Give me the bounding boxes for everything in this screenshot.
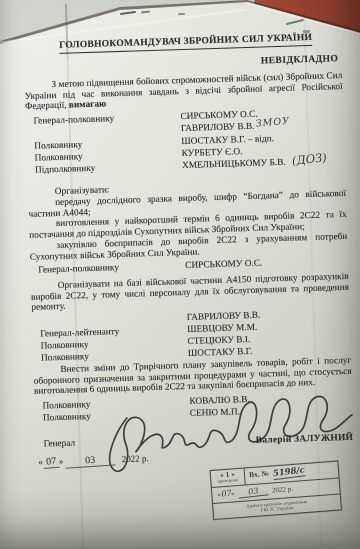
rank-label: Генерал-полковнику: [33, 114, 114, 127]
addressee-name: СИРСЬКОМУ О.С.: [185, 259, 262, 271]
addressee-name: ХМЕЛЬНИЦЬКОМУ Б.В.: [182, 158, 286, 171]
photographed-document: ГОЛОВНОКОМАНДУВАЧ ЗБРОЙНИХ СИЛ УКРАЇНИ Н…: [0, 0, 360, 549]
rank-label: Генерал-полковнику: [38, 263, 119, 276]
printed-year: 2022 р.: [122, 453, 149, 464]
rank-label: Полковнику: [43, 412, 91, 424]
stamp-year: 2022 р.: [272, 484, 294, 494]
intro-paragraph: З метою підвищення бойових спроможностей…: [24, 71, 343, 113]
stamp-copy-cell: « 1 » примірник: [211, 469, 246, 488]
rank-label: Полковнику: [41, 352, 89, 364]
rank-label: Полковнику: [34, 140, 82, 152]
addressee-name: ШОСТАКУ В.Г. – відп.: [181, 134, 274, 147]
document-content: ГОЛОВНОКОМАНДУВАЧ ЗБРОЙНИХ СИЛ УКРАЇНИ Н…: [0, 0, 360, 549]
addressee-name: ГАВРИЛОВУ В.В.: [181, 122, 255, 134]
handwritten-day: 07: [42, 456, 59, 469]
stamp-day: 07: [220, 488, 231, 498]
urgency-label: НЕВІДКЛАДНО: [261, 53, 339, 66]
addressee-name: КУРБЕТУ Є.О.: [182, 147, 243, 159]
handwritten-month: 03: [65, 453, 116, 468]
organize-heading: Організувати:: [55, 185, 110, 197]
signer-rank: Генерал: [44, 439, 76, 450]
incoming-number: 5198/с: [272, 465, 305, 480]
document-title: ГОЛОВНОКОМАНДУВАЧ ЗБРОЙНИХ СИЛ УКРАЇНИ: [59, 32, 312, 53]
stamp-month: 03: [238, 485, 269, 498]
incoming-label: Вх. №: [249, 469, 270, 479]
rank-label: Полковнику: [35, 152, 83, 164]
rank-label: Генерал-лейтенанту: [40, 327, 119, 339]
paragraph-a4150: Організувати на базі військової частини …: [31, 272, 350, 314]
official-stamp: « 1 » примірник Вх. № 5198/с «07» 03 202…: [210, 460, 342, 519]
addressee-name: СТЕЦЮКУ В.І.: [187, 335, 250, 347]
rank-label: Полковнику: [42, 400, 90, 412]
addressee-name: СИРСЬКОМУ О.С.: [180, 110, 257, 122]
rank-label: Підполковнику: [35, 164, 96, 176]
addressee-name: ГАВРИЛОВУ В.В.: [187, 311, 261, 323]
demand-word: вимагаю: [69, 100, 107, 111]
addressee-name: ШЕВЦОВУ М.М.: [187, 323, 257, 335]
addressee-name: ШОСТАКУ В.Г.: [188, 347, 253, 359]
rank-label: Полковнику: [40, 340, 88, 352]
